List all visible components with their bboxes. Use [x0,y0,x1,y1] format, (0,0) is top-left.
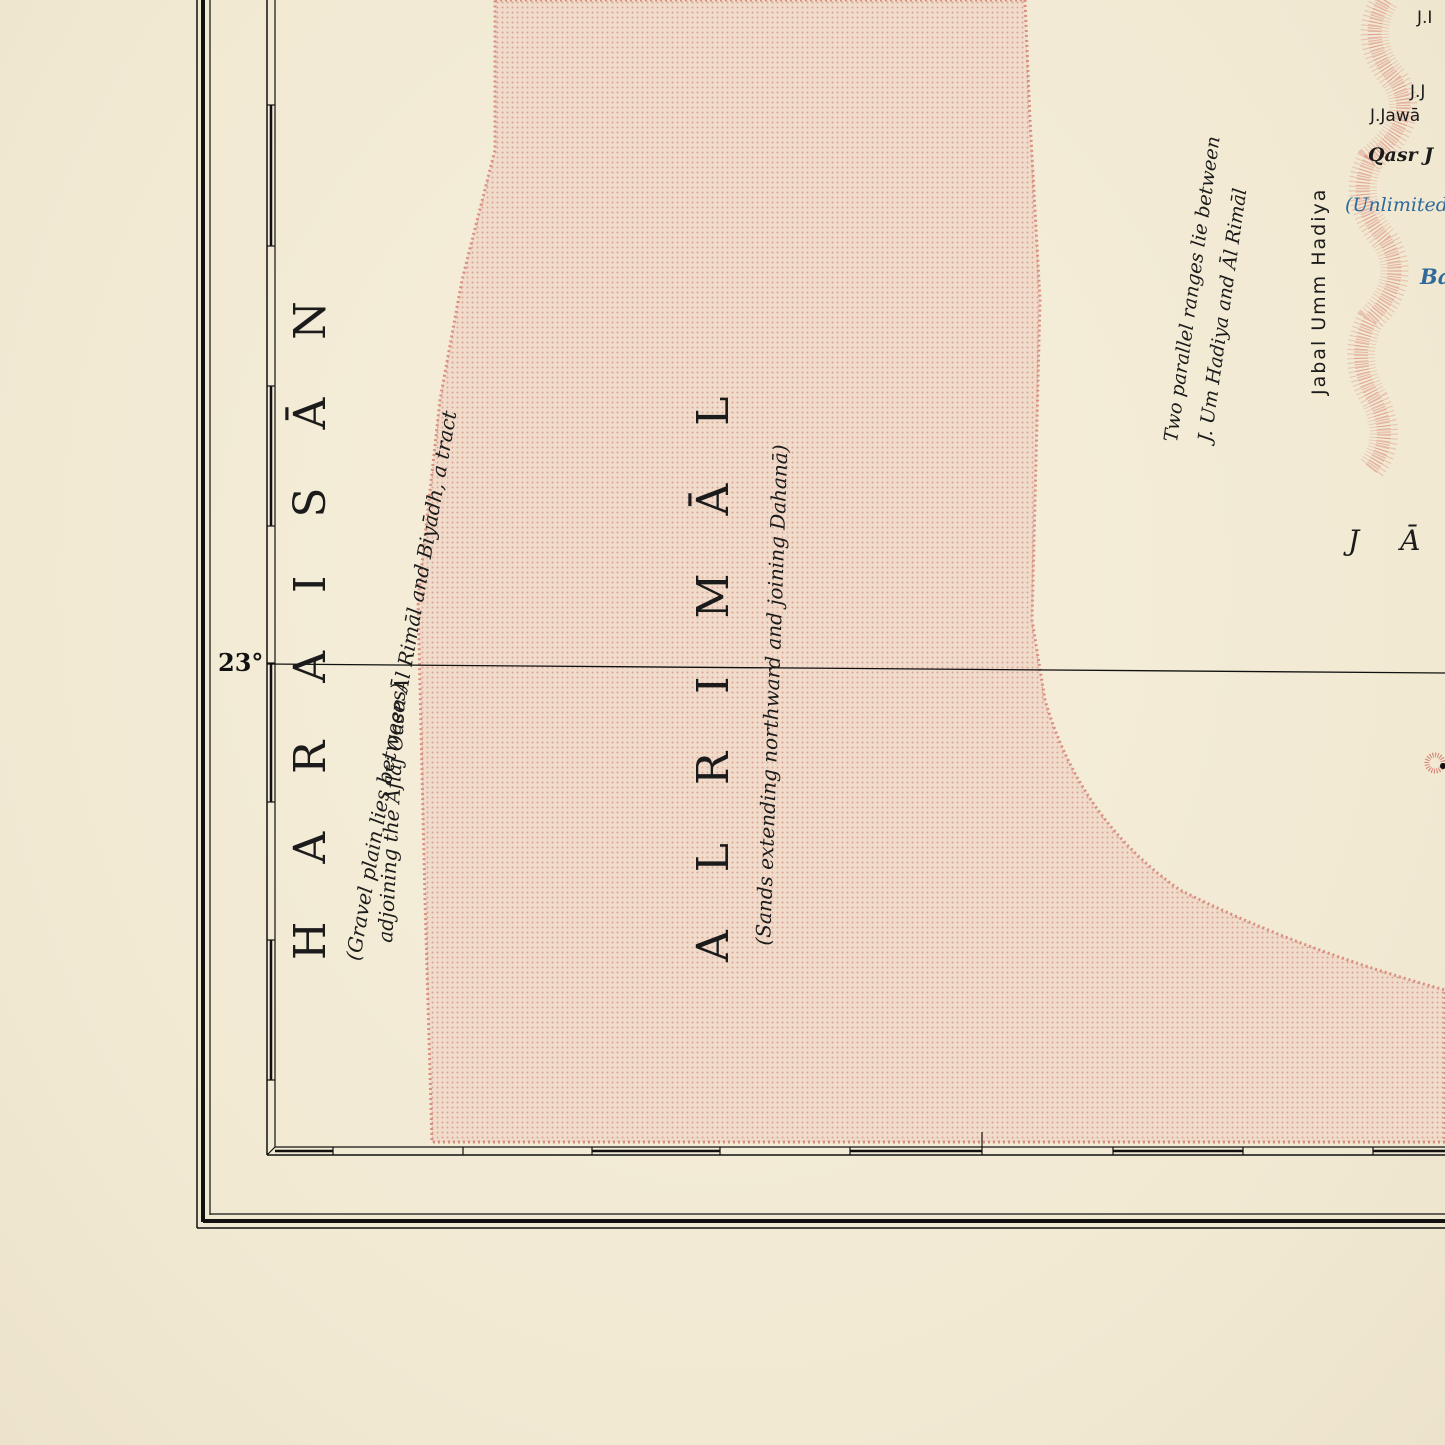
place-label-ba: Ba [1420,264,1445,289]
oasis-icon [1427,755,1445,771]
place-label-jawa: J.Jawā [1370,106,1420,126]
place-label-j1: J.I [1417,8,1432,28]
place-label-qasr: Qasr J [1368,144,1433,166]
sand-region-al-rimal [418,0,1445,1142]
region-label-ja-partial: J Ā [1348,524,1436,557]
mountain-label-jabal-umm-hadiya: Jabal Umm Hadiya [1308,188,1330,395]
place-label-j2: J.J [1410,82,1425,102]
place-label-unlimited: (Unlimited [1345,194,1445,216]
latitude-label-23: 23° [218,648,263,677]
region-label-al-rimal: A L R I M Ā L [688,375,739,962]
mountain-ridge-icon [1361,0,1403,470]
region-label-harai-san: H A R A I S Ā N [285,279,336,960]
left-graduation [267,105,275,1080]
